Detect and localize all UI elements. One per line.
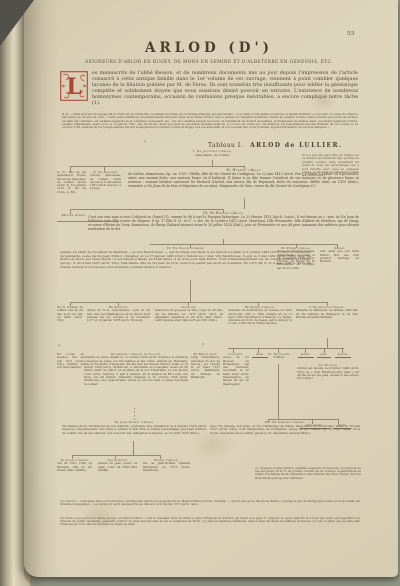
connector-line	[324, 348, 325, 353]
connector-line	[72, 455, 160, 456]
connector-line	[268, 419, 338, 420]
tree-node-louis-fragment: Rd Louis, de Genève, cité en juin 1512 (…	[57, 353, 84, 369]
tree-node-nn-fille: N. N., fille de Ne Jaquemond Boyat, fils…	[57, 171, 86, 194]
connector-line	[190, 244, 191, 248]
tree-node-jean-urbain: Ne Jean-Urbain d'Arlod,fils donné (Arch.…	[62, 421, 207, 435]
connector-line	[278, 364, 279, 419]
connector-line	[268, 419, 269, 422]
tree-node-claude-iv: IV. Ne Claude d'Arlodpupille, en 1428, d…	[60, 247, 311, 270]
connector-line	[104, 166, 105, 171]
connector-line	[70, 166, 245, 167]
uncertainty-mark: ?	[58, 343, 60, 348]
tree-node-georges: Rd Georges,chapn de N.-D. d'Abondance, c…	[87, 306, 150, 322]
connector-line	[312, 419, 313, 424]
connector-line	[70, 209, 223, 210]
connector-line	[244, 198, 245, 209]
connector-line	[223, 209, 224, 213]
tree-node-angeline: Angeline,femme de Ne Jacques de Viry, co…	[155, 306, 223, 322]
connector-line	[133, 441, 134, 455]
connector-line	[233, 348, 234, 353]
page-subtitle: SEIGNEURS D'ARLOD EN BUGEY, DE MONS EN S…	[58, 59, 360, 64]
page-title: ARLOD (D')	[58, 40, 360, 56]
tree-node-v-left-fragment: Ne N. d'Arlod, de Lullier, cité au dit l…	[57, 306, 83, 322]
tree-node-jacques-v: V. Ne Jacques d'Arlod.Pernette de Balley…	[296, 306, 358, 319]
svg-text:L: L	[66, 74, 81, 100]
connector-line	[327, 302, 328, 306]
tree-node-jean-note: Un Ne Jeand'Arlod est témoin, le 4 févri…	[297, 364, 359, 380]
tree-node-jehan: Ne Jehan d'Arlod,cité en 1561, 1566, ép.…	[57, 459, 93, 472]
connector-line	[188, 302, 189, 306]
connector-line	[327, 338, 328, 348]
tree-node-pierre-bardonnex: Pierre d'Arlod,fils de Jean-Urbain, habi…	[143, 459, 190, 472]
footnote-3: (3) Vivait, à peu près à la même époque,…	[60, 517, 360, 527]
connector-line	[342, 348, 343, 353]
book-page-photo: 55 ARLOD (D') SEIGNEURS D'ARLOD EN BUGEY…	[0, 0, 400, 586]
tree-node-guillermine: Guillermine.	[300, 424, 330, 429]
tree-node-messe-jean: Rd Messe Jean,relig. d'Abondance, aumôni…	[191, 353, 220, 379]
connector-line	[160, 455, 161, 459]
gutter-shadow	[24, 0, 58, 586]
tree-node-jeanne-1: Jeanne.	[298, 353, 314, 358]
tree-node-pierre-fils-richard: Ne Pierre d'Arlod,fils de feu Richard d'…	[277, 247, 315, 270]
connector-line	[72, 455, 73, 459]
connector-line	[70, 302, 327, 303]
tree-node-jean: Jean.	[317, 353, 331, 358]
connector-line	[296, 244, 297, 248]
connector-line	[70, 302, 71, 306]
tableau-heading: Tableau I.ARLOD de LULLIER.	[208, 142, 360, 149]
tableau-label: Tableau I.	[208, 142, 243, 149]
connector-line	[258, 348, 259, 353]
ornate-dropcap-initial: L	[60, 71, 88, 101]
uncertainty-mark: ?	[202, 342, 204, 347]
nb-footnote: N. B. — Dans la notice de la page 88 du …	[62, 113, 358, 129]
connector-line	[258, 302, 259, 306]
connector-line	[118, 302, 119, 306]
tableau-title: ARLOD de LULLIER.	[250, 142, 342, 149]
tree-node-humbert: Ne Humbert d'Arlodde Lullier, damoiseau,…	[128, 168, 359, 188]
tree-node-claude-vi: VI. Ne Clauded'Arlod.	[263, 353, 295, 360]
footnote-1: (1) Quelques nobles d'Arlod, qualifiés s…	[255, 467, 361, 480]
connector-line	[338, 419, 339, 424]
tree-node-pierre-chanoine: Rd Pierre d'Arlod,chanoine de Saint-Pier…	[228, 306, 292, 326]
tree-node-andre: André.	[333, 424, 351, 429]
tree-node-richard-iii: III. Ne Richard d'Arlod.C'est son vrai n…	[88, 212, 359, 232]
connector-line	[190, 280, 191, 302]
tree-node-jaquemet-i: I. Ne Jaquemet d'Arlod,damoiseau, de Lul…	[165, 150, 260, 158]
connector-line	[228, 348, 344, 349]
connector-line	[115, 455, 116, 459]
tree-node-claudine: Claudine,veuve de Ne Hugues de Rougemont…	[223, 353, 249, 386]
connector-line	[150, 244, 337, 245]
tree-node-sibille: Sibilledoit, ainsi que son frère Pierre,…	[320, 247, 359, 263]
page-number: 55	[347, 31, 355, 37]
tree-node-jaquemet-ii: II. Ne Jaquemetd'Arlod, damoiseau, de Lu…	[90, 171, 121, 191]
connector-line	[278, 348, 279, 353]
tree-node-jacquemette: Jacquemette,femme de Jean Levet, cit. qu…	[98, 459, 138, 472]
connector-line	[305, 348, 306, 353]
tree-node-aymon: Messre Aymon.	[57, 214, 91, 218]
uncertainty-mark: ?	[144, 139, 146, 144]
connector-line	[70, 209, 71, 214]
connector-line	[337, 244, 338, 248]
intro-text: es manuscrits de l'abbé Besson, et de no…	[92, 70, 358, 106]
connector-line-dashed	[134, 408, 135, 421]
connector-line	[70, 166, 71, 171]
tree-node-gabriel: Ne Gabriel d'Arlod, de Lullier.Amédée de…	[84, 353, 188, 386]
tree-node-jeanne-2: Jeanne.	[335, 353, 351, 358]
intro-paragraph: L es manuscrits de l'abbé Besson, et de …	[60, 70, 358, 107]
connector-line	[57, 221, 119, 222]
connector-line	[244, 166, 245, 169]
footnote-2: (2) C'est lui — mais aussi bien son homo…	[60, 500, 360, 506]
